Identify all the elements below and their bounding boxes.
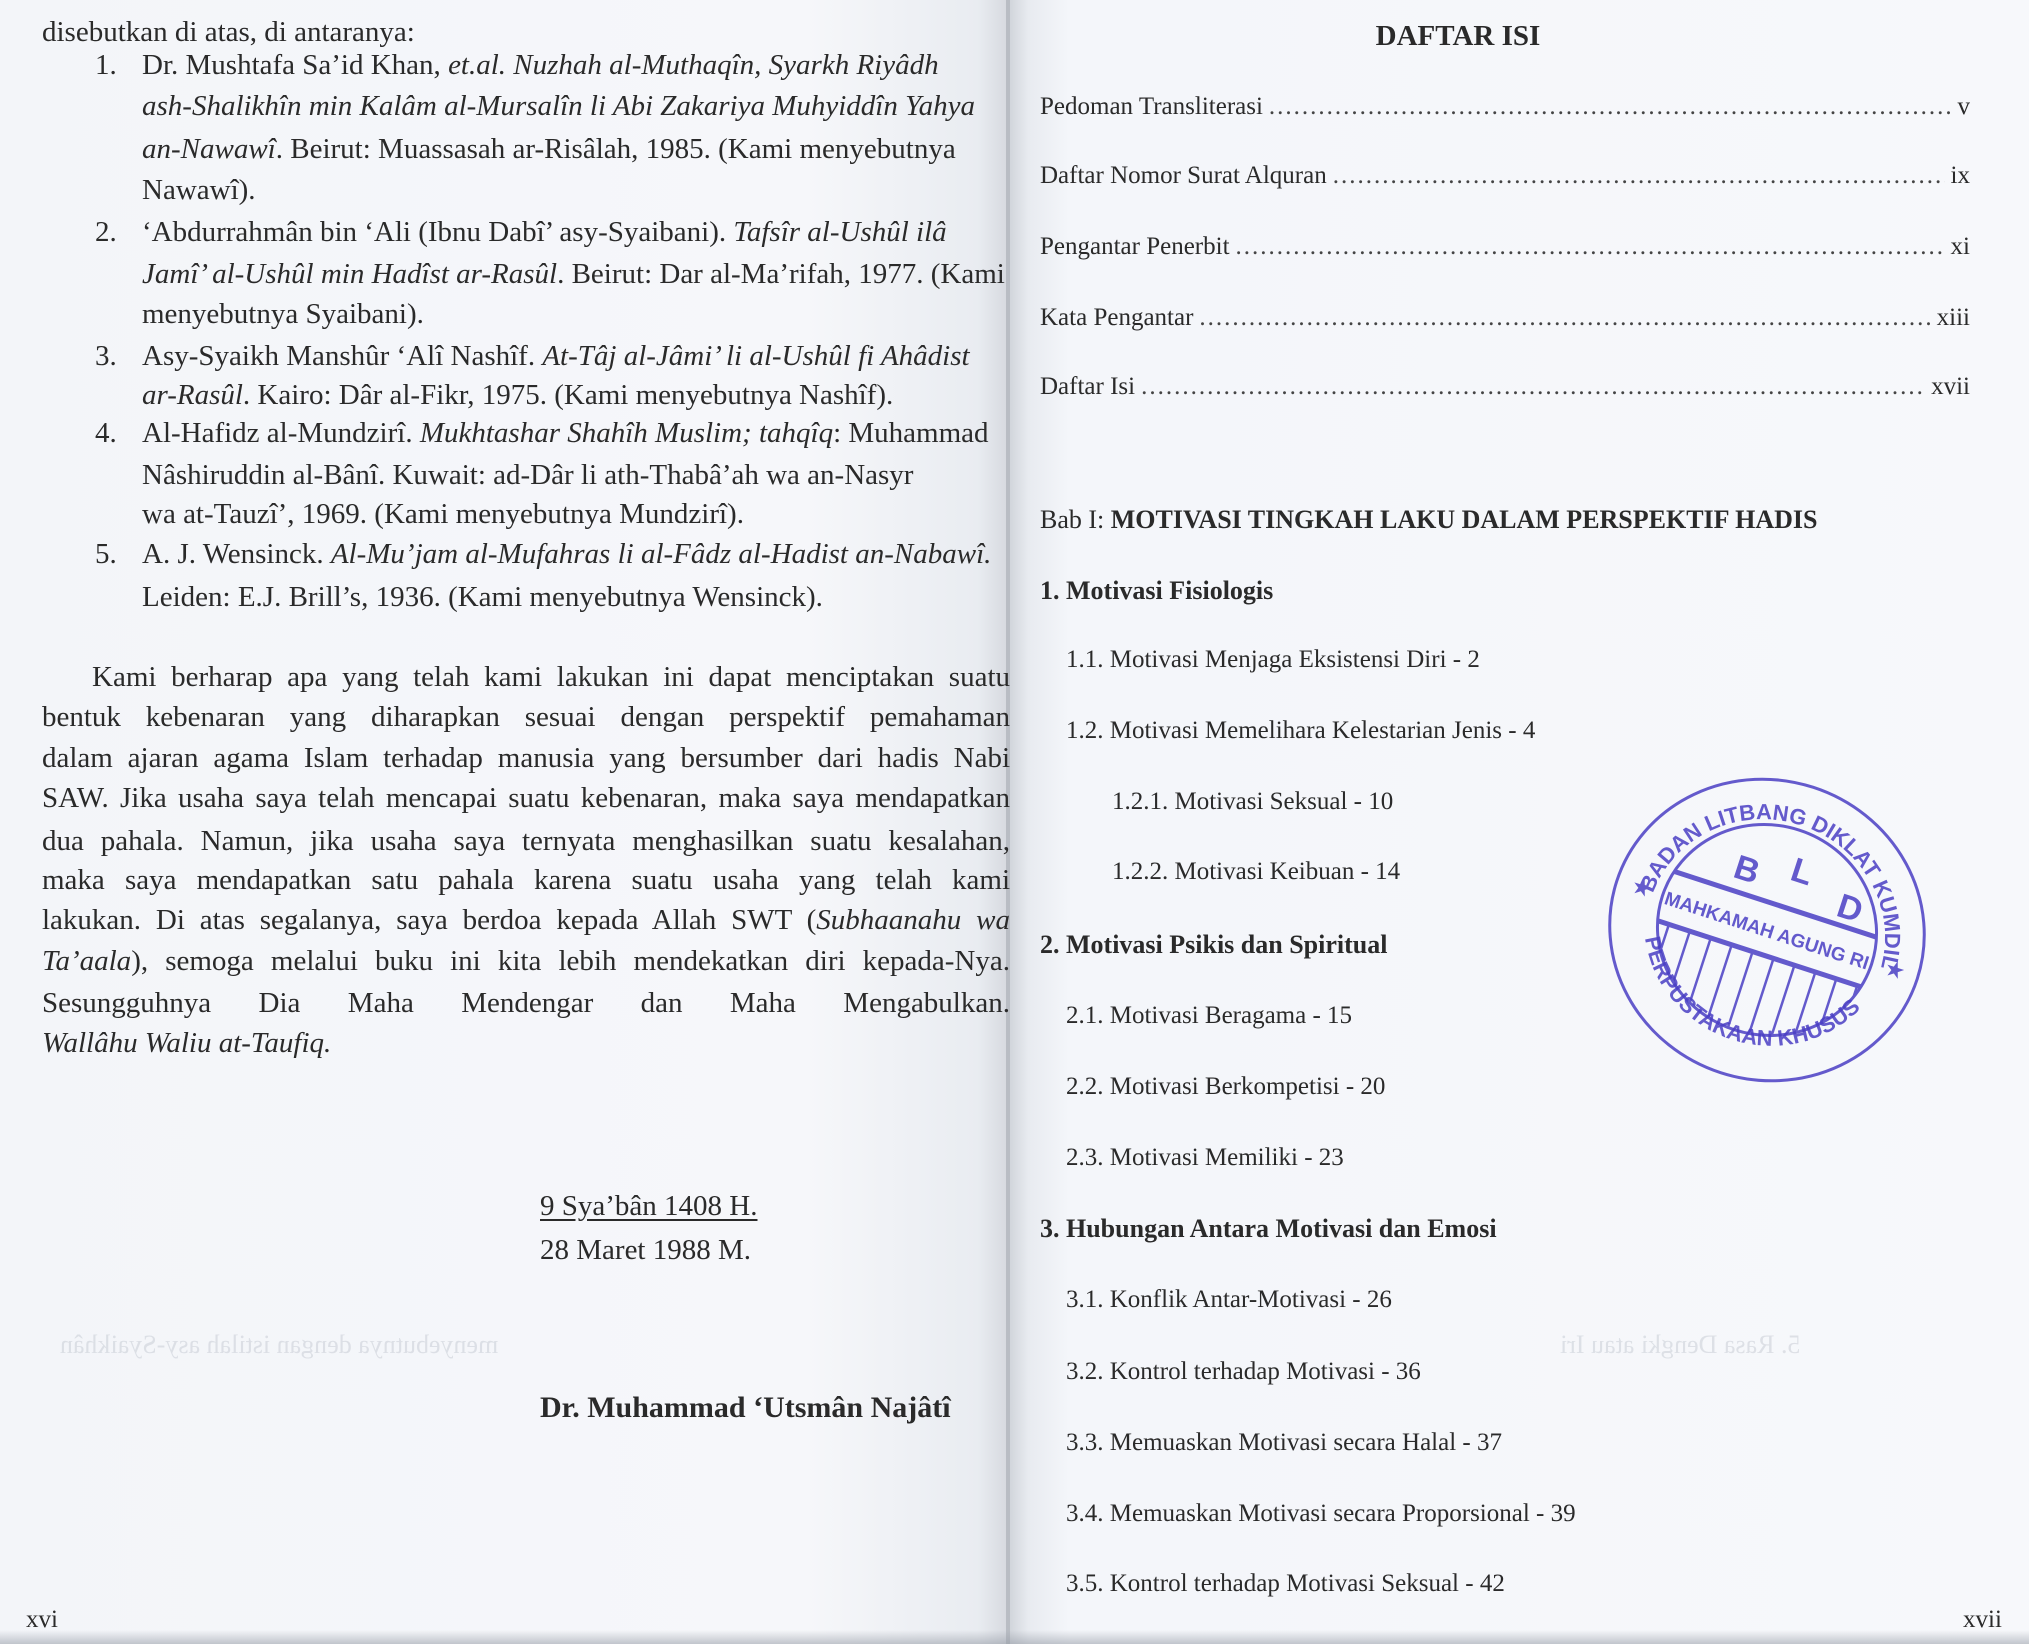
paragraph-line: dua pahala. Namun, jika usaha saya terny… [42, 823, 1010, 859]
reference-line: Dr. Mushtafa Sa’id Khan, et.al. Nuzhah a… [142, 47, 1010, 83]
toc-front-matter-entry[interactable]: Pengantar Penerbitxi [1040, 230, 1970, 264]
paragraph-line: Kami berharap apa yang telah kami lakuka… [92, 659, 1010, 695]
svg-text:D: D [1832, 887, 1867, 931]
dot-leader [1199, 301, 1930, 335]
reference-line: Nawawî). [142, 172, 1010, 208]
chapter-prefix: Bab I: [1040, 505, 1111, 534]
toc-front-matter-entry[interactable]: Daftar Isixvii [1040, 370, 1970, 404]
toc-section-heading[interactable]: 3. Hubungan Antara Motivasi dan Emosi [1040, 1212, 1497, 1246]
toc-page-number: v [1958, 90, 1971, 124]
paragraph-line: lakukan. Di atas segalanya, saya berdoa … [42, 902, 1010, 938]
toc-subsection-entry[interactable]: 2.3. Motivasi Memiliki - 23 [1066, 1141, 1344, 1175]
toc-page-number: ix [1951, 159, 1970, 193]
paragraph-line: Wallâhu Waliu at-Taufiq. [42, 1025, 331, 1061]
toc-section-heading[interactable]: 2. Motivasi Psikis dan Spiritual [1040, 928, 1387, 962]
paragraph-line: Ta’aala), semoga melalui buku ini kita l… [42, 943, 1010, 979]
reference-line: menyebutnya Syaibani). [142, 296, 1010, 332]
paragraph-line: Sesungguhnya Dia Maha Mendengar dan Maha… [42, 985, 1010, 1021]
paragraph-line: dalam ajaran agama Islam terhadap manusi… [42, 740, 1010, 776]
reference-line: ‘Abdurrahmân bin ‘Ali (Ibnu Dabî’ asy-Sy… [142, 214, 1010, 250]
paragraph-line: maka saya mendapatkan satu pahala karena… [42, 862, 1010, 898]
toc-subsection-entry[interactable]: 3.1. Konflik Antar-Motivasi - 26 [1066, 1283, 1392, 1317]
paragraph-line: bentuk kebenaran yang diharapkan sesuai … [42, 699, 1010, 735]
reference-number: 2. [95, 214, 117, 250]
toc-subsection-entry[interactable]: 3.4. Memuaskan Motivasi secara Proporsio… [1066, 1497, 1576, 1531]
chapter-heading[interactable]: Bab I: MOTIVASI TINGKAH LAKU DALAM PERSP… [1040, 503, 1817, 537]
dot-leader [1236, 230, 1945, 264]
toc-subsection-entry[interactable]: 2.2. Motivasi Berkompetisi - 20 [1066, 1070, 1385, 1104]
reference-line: Al-Hafidz al-Mundzirî. Mukhtashar Shahîh… [142, 415, 1010, 451]
chapter-title: MOTIVASI TINGKAH LAKU DALAM PERSPEKTIF H… [1111, 505, 1818, 534]
show-through-text: 5. Rasa Dengki atau Iri [1560, 1330, 1800, 1360]
toc-entry-label: Kata Pengantar [1040, 301, 1193, 335]
page-bottom-shadow [0, 1630, 2029, 1644]
reference-line: A. J. Wensinck. Al-Mu’jam al-Mufahras li… [142, 536, 1010, 572]
reference-number: 3. [95, 338, 117, 374]
toc-page-number: xi [1951, 230, 1970, 264]
reference-number: 5. [95, 536, 117, 572]
gregorian-date: 28 Maret 1988 M. [540, 1232, 751, 1268]
show-through-text: menyebutnya dengan istilah asy-Syaikhân [60, 1330, 498, 1360]
toc-page-number: xvii [1931, 370, 1970, 404]
toc-entry-label: Daftar Isi [1040, 370, 1135, 404]
svg-text:L: L [1786, 851, 1818, 894]
svg-text:B: B [1729, 848, 1764, 892]
paragraph-line: SAW. Jika usaha saya telah mencapai suat… [42, 780, 1010, 816]
reference-line: wa at-Tauzî’, 1969. (Kami menyebutnya Mu… [142, 496, 1010, 532]
reference-line: Asy-Syaikh Manshûr ‘Alî Nashîf. At-Tâj a… [142, 338, 1010, 374]
toc-front-matter-entry[interactable]: Pedoman Transliterasiv [1040, 90, 1970, 124]
dot-leader [1333, 159, 1945, 193]
toc-front-matter-entry[interactable]: Kata Pengantarxiii [1040, 301, 1970, 335]
toc-subsection-entry[interactable]: 3.3. Memuaskan Motivasi secara Halal - 3… [1066, 1426, 1502, 1460]
toc-entry-label: Pedoman Transliterasi [1040, 90, 1263, 124]
toc-subsection-entry[interactable]: 1.2.2. Motivasi Keibuan - 14 [1112, 855, 1400, 889]
toc-subsection-entry[interactable]: 3.5. Kontrol terhadap Motivasi Seksual -… [1066, 1567, 1505, 1601]
reference-line: an-Nawawî. Beirut: Muassasah ar-Risâlah,… [142, 131, 1010, 167]
toc-entry-label: Daftar Nomor Surat Alquran [1040, 159, 1327, 193]
intro-line: disebutkan di atas, di antaranya: [42, 14, 415, 50]
hijri-date: 9 Sya’bân 1408 H. [540, 1188, 757, 1224]
svg-text:★: ★ [1630, 875, 1654, 901]
reference-line: Nâshiruddin al-Bânî. Kuwait: ad-Dâr li a… [142, 457, 1010, 493]
dot-leader [1269, 90, 1952, 124]
toc-subsection-entry[interactable]: 1.2. Motivasi Memelihara Kelestarian Jen… [1066, 714, 1535, 748]
reference-line: Leiden: E.J. Brill’s, 1936. (Kami menyeb… [142, 579, 1010, 615]
author-signature: Dr. Muhammad ‘Utsmân Najâtî [540, 1390, 951, 1426]
toc-entry-label: Pengantar Penerbit [1040, 230, 1230, 264]
toc-section-heading[interactable]: 1. Motivasi Fisiologis [1040, 574, 1273, 608]
toc-page-number: xiii [1937, 301, 1970, 335]
toc-subsection-entry[interactable]: 2.1. Motivasi Beragama - 15 [1066, 999, 1352, 1033]
toc-front-matter-entry[interactable]: Daftar Nomor Surat Alquranix [1040, 159, 1970, 193]
reference-number: 1. [95, 47, 117, 83]
toc-title: DAFTAR ISI [1008, 20, 1908, 53]
reference-line: ar-Rasûl. Kairo: Dâr al-Fikr, 1975. (Kam… [142, 377, 1010, 413]
reference-number: 4. [95, 415, 117, 451]
toc-subsection-entry[interactable]: 1.2.1. Motivasi Seksual - 10 [1112, 785, 1393, 819]
reference-line: Jamî’ al-Ushûl min Hadîst ar-Rasûl. Beir… [142, 256, 1010, 292]
toc-subsection-entry[interactable]: 1.1. Motivasi Menjaga Eksistensi Diri - … [1066, 643, 1480, 677]
toc-subsection-entry[interactable]: 3.2. Kontrol terhadap Motivasi - 36 [1066, 1355, 1421, 1389]
dot-leader [1141, 370, 1925, 404]
reference-line: ash-Shalikhîn min Kalâm al-Mursalîn li A… [142, 88, 1010, 124]
